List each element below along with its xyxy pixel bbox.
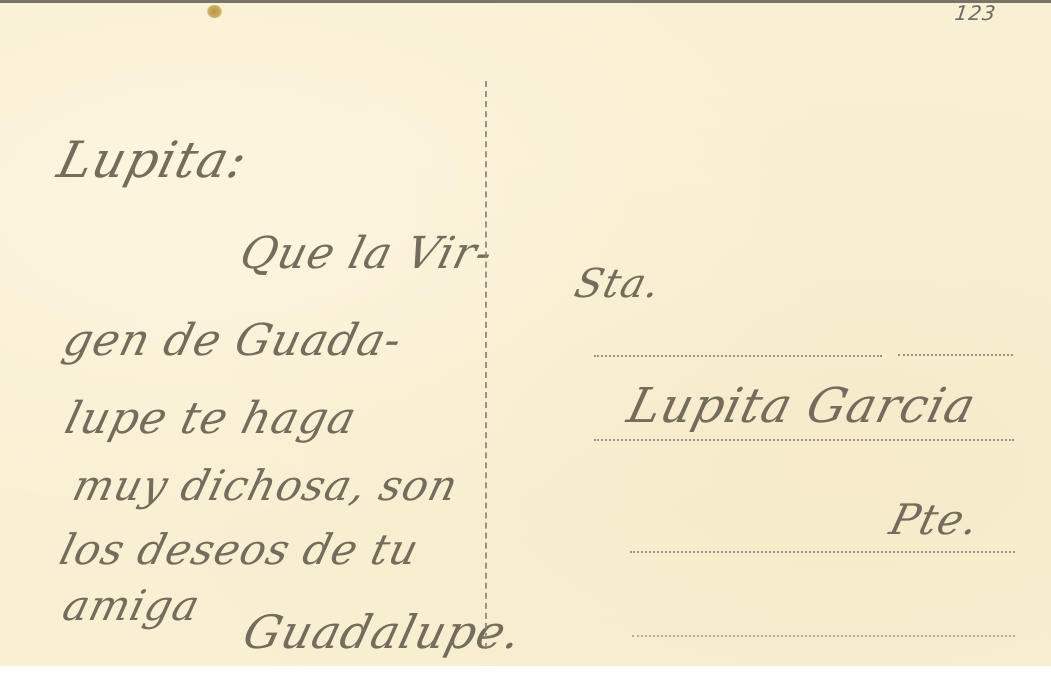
address-line-1 [594, 355, 882, 357]
message-line: lupe te haga [60, 393, 362, 444]
archive-number: 123 [953, 1, 998, 25]
message-line: amiga [58, 581, 205, 630]
center-divider [485, 81, 487, 649]
address-honorific: Sta. [570, 261, 666, 307]
address-city: Pte. [885, 495, 985, 544]
message-line: gen de Guada- [58, 315, 407, 366]
address-line-1-end [898, 354, 1013, 356]
address-line-3 [630, 551, 1015, 553]
postcard-back: 123 Lupita: Que la Vir- gen de Guada- lu… [0, 0, 1051, 666]
address-recipient-name: Lupita Garcia [622, 378, 982, 434]
address-line-2 [594, 439, 1014, 441]
message-salutation: Lupita: [52, 131, 254, 189]
address-line-4 [632, 635, 1015, 637]
message-line: los deseos de tu [55, 525, 424, 574]
paper-stain [207, 5, 222, 18]
scan-margin [0, 666, 1051, 673]
message-line: Que la Vir- [235, 228, 498, 279]
message-line: muy dichosa, son [68, 461, 464, 510]
